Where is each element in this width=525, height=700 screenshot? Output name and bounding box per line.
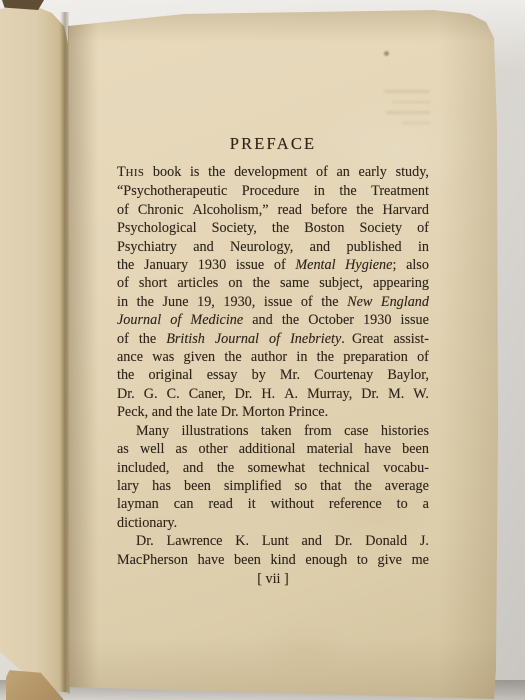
body-line: ofshortarticlesonthesamesubject,appearin… [117,274,429,292]
folio-page-number: [ vii ] [117,570,429,588]
body-line: Manyillustrationstakenfromcasehistories [117,422,429,440]
gutter-crease [60,12,69,692]
show-through-line [402,122,430,125]
preface-paragraphs: THISbookisthedevelopmentofanearlystudy,“… [117,163,429,569]
body-line: ofChronicAlcoholism,”readbeforetheHarvar… [117,201,429,219]
body-line: intheJune19,1930,issueoftheNewEngland [117,293,429,311]
body-line: theJanuary1930issueofMentalHygiene;also [117,256,429,274]
body-line: PsychologicalSociety,theBostonSocietyof [117,219,429,237]
show-through-text [374,90,430,132]
body-line: “PsychotherapeuticProcedureintheTreatmen… [117,182,429,200]
body-line: JournalofMedicineandtheOctober1930issue [117,311,429,329]
body-line: Dr.LawrenceK.LuntandDr.DonaldJ. [117,532,429,550]
body-line: PsychiatryandNeurology,andpublishedin [117,238,429,256]
body-line: oftheBritishJournalofInebriety. Greatass… [117,330,429,348]
body-line: laryhasbeensimplifiedsothattheaverage [117,477,429,495]
show-through-line [384,90,430,93]
body-line: ancewasgiventheauthorinthepreparationof [117,348,429,366]
body-line: Peck,andthelateDr.MortonPrince. [117,403,429,421]
body-line: MacPhersonhavebeenkindenoughtogiveme [117,551,429,569]
body-line: aswellasotheradditionalmaterialhavebeen [117,440,429,458]
book-photo: PREFACE THISbookisthedevelopmentofanearl… [0,0,525,700]
body-line: laymancanreaditwithoutreferencetoa [117,495,429,513]
body-line: theoriginalessaybyMr.CourtenayBaylor, [117,366,429,384]
show-through-line [386,111,430,114]
page-title: PREFACE [117,136,429,151]
page-content: PREFACE THISbookisthedevelopmentofanearl… [117,136,429,588]
body-line: Dr.G.C.Caner,Dr.H.A.Murray,Dr.M.W. [117,385,429,403]
foxing-spot [383,50,390,57]
body-line: included,andthesomewhattechnicalvocabu- [117,459,429,477]
body-line: dictionary. [117,514,429,532]
show-through-line [392,101,430,104]
body-line: THISbookisthedevelopmentofanearlystudy, [117,163,429,182]
